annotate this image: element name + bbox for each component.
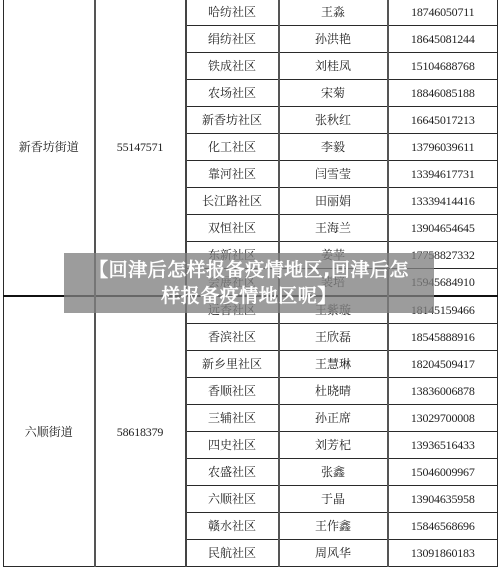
- overlay-title-line-2: 样报备疫情地区呢】: [64, 283, 434, 309]
- title-overlay-banner: 【回津后怎样报备疫情地区,回津后怎 样报备疫情地区呢】: [64, 253, 434, 313]
- contact-cell: 王淼: [279, 0, 388, 26]
- contact-cell: 闫雪莹: [279, 161, 388, 188]
- community-cell: 六顺社区: [186, 486, 279, 513]
- community-cell: 靠河社区: [186, 161, 279, 188]
- mobile-cell: 16645017213: [388, 107, 498, 134]
- community-cell: 双恒社区: [186, 215, 279, 242]
- contact-cell: 张秋红: [279, 107, 388, 134]
- community-cell: 农盛社区: [186, 459, 279, 486]
- mobile-cell: 15046009967: [388, 459, 498, 486]
- community-cell: 哈纺社区: [186, 0, 279, 26]
- mobile-cell: 13836006878: [388, 378, 498, 405]
- mobile-cell: 18645081244: [388, 26, 498, 53]
- mobile-cell: 18746050711: [388, 0, 498, 26]
- community-cell: 四史社区: [186, 432, 279, 459]
- contact-cell: 王欣磊: [279, 324, 388, 351]
- community-cell: 赣水社区: [186, 513, 279, 540]
- mobile-cell: 13394617731: [388, 161, 498, 188]
- table-row: 新香坊街道 55147571 哈纺社区 王淼 18746050711: [4, 0, 498, 26]
- mobile-cell: 18545888916: [388, 324, 498, 351]
- street-name-cell: 六顺街道: [4, 296, 95, 567]
- contact-cell: 周风华: [279, 540, 388, 567]
- contact-cell: 王海兰: [279, 215, 388, 242]
- contact-cell: 孙洪艳: [279, 26, 388, 53]
- community-cell: 民航社区: [186, 540, 279, 567]
- overlay-title-line-1: 【回津后怎样报备疫情地区,回津后怎: [64, 257, 434, 283]
- contact-cell: 王作鑫: [279, 513, 388, 540]
- mobile-cell: 13904654645: [388, 215, 498, 242]
- mobile-cell: 13936516433: [388, 432, 498, 459]
- mobile-cell: 13029700008: [388, 405, 498, 432]
- community-cell: 长江路社区: [186, 188, 279, 215]
- community-cell: 铁成社区: [186, 53, 279, 80]
- street-phone-cell: 55147571: [95, 0, 186, 296]
- contact-cell: 孙正席: [279, 405, 388, 432]
- mobile-cell: 18846085188: [388, 80, 498, 107]
- contact-cell: 刘芳杞: [279, 432, 388, 459]
- mobile-cell: 13339414416: [388, 188, 498, 215]
- mobile-cell: 15104688768: [388, 53, 498, 80]
- mobile-cell: 15846568696: [388, 513, 498, 540]
- contact-cell: 张鑫: [279, 459, 388, 486]
- community-cell: 化工社区: [186, 134, 279, 161]
- contact-cell: 田丽娟: [279, 188, 388, 215]
- community-cell: 新香坊社区: [186, 107, 279, 134]
- community-cell: 农场社区: [186, 80, 279, 107]
- mobile-cell: 13796039611: [388, 134, 498, 161]
- community-cell: 香顺社区: [186, 378, 279, 405]
- contact-cell: 杜晓晴: [279, 378, 388, 405]
- community-cell: 绢纺社区: [186, 26, 279, 53]
- street-phone-cell: 58618379: [95, 296, 186, 567]
- mobile-cell: 13091860183: [388, 540, 498, 567]
- contact-cell: 宋菊: [279, 80, 388, 107]
- community-cell: 新乡里社区: [186, 351, 279, 378]
- contact-cell: 于晶: [279, 486, 388, 513]
- street-name-cell: 新香坊街道: [4, 0, 95, 296]
- contact-cell: 王慧琳: [279, 351, 388, 378]
- mobile-cell: 18204509417: [388, 351, 498, 378]
- contact-cell: 刘桂凤: [279, 53, 388, 80]
- community-cell: 香滨社区: [186, 324, 279, 351]
- contact-cell: 李毅: [279, 134, 388, 161]
- mobile-cell: 13904635958: [388, 486, 498, 513]
- community-cell: 三辅社区: [186, 405, 279, 432]
